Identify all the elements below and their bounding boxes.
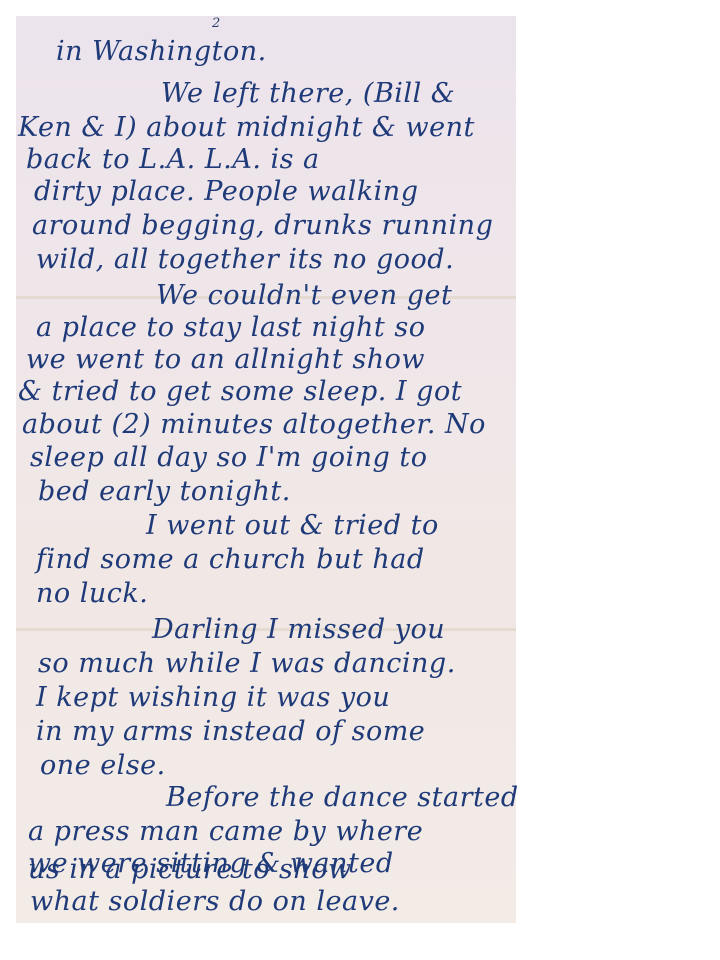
letter-line: & tried to get some sleep. I got [18,376,462,407]
letter-line: around begging, drunks running [32,210,493,241]
letter-line: in Washington. [56,36,267,67]
letter-line: in my arms instead of some [36,716,425,747]
letter-line: Before the dance started [166,782,519,813]
letter-line: Darling I missed you [152,614,445,645]
letter-line: us in a picture to show [28,854,352,885]
letter-line: Ken & I) about midnight & went [18,112,475,143]
letter-line: what soldiers do on leave. [30,886,400,917]
letter-line: no luck. [36,578,148,609]
letter-line: a place to stay last night so [36,312,425,343]
letter-line: wild, all together its no good. [36,244,454,275]
letter-page: 2 in Washington. We left there, (Bill & … [16,16,516,923]
letter-line: We left there, (Bill & [161,78,455,109]
letter-line: back to L.A. L.A. is a [26,144,320,175]
letter-line: we went to an allnight show [26,344,425,375]
letter-line: I went out & tried to [146,510,439,541]
letter-line: a press man came by where [28,816,423,847]
letter-line: one else. [40,750,166,781]
letter-line: We couldn't even get [156,280,452,311]
letter-line: so much while I was dancing. [38,648,456,679]
letter-line: I kept wishing it was you [36,682,390,713]
letter-line: dirty place. People walking [34,176,418,207]
letter-line: bed early tonight. [38,476,291,507]
letter-line: sleep all day so I'm going to [30,442,427,473]
page-number: 2 [212,16,220,31]
letter-line: find some a church but had [36,544,425,575]
letter-line: about (2) minutes altogether. No [22,409,486,440]
